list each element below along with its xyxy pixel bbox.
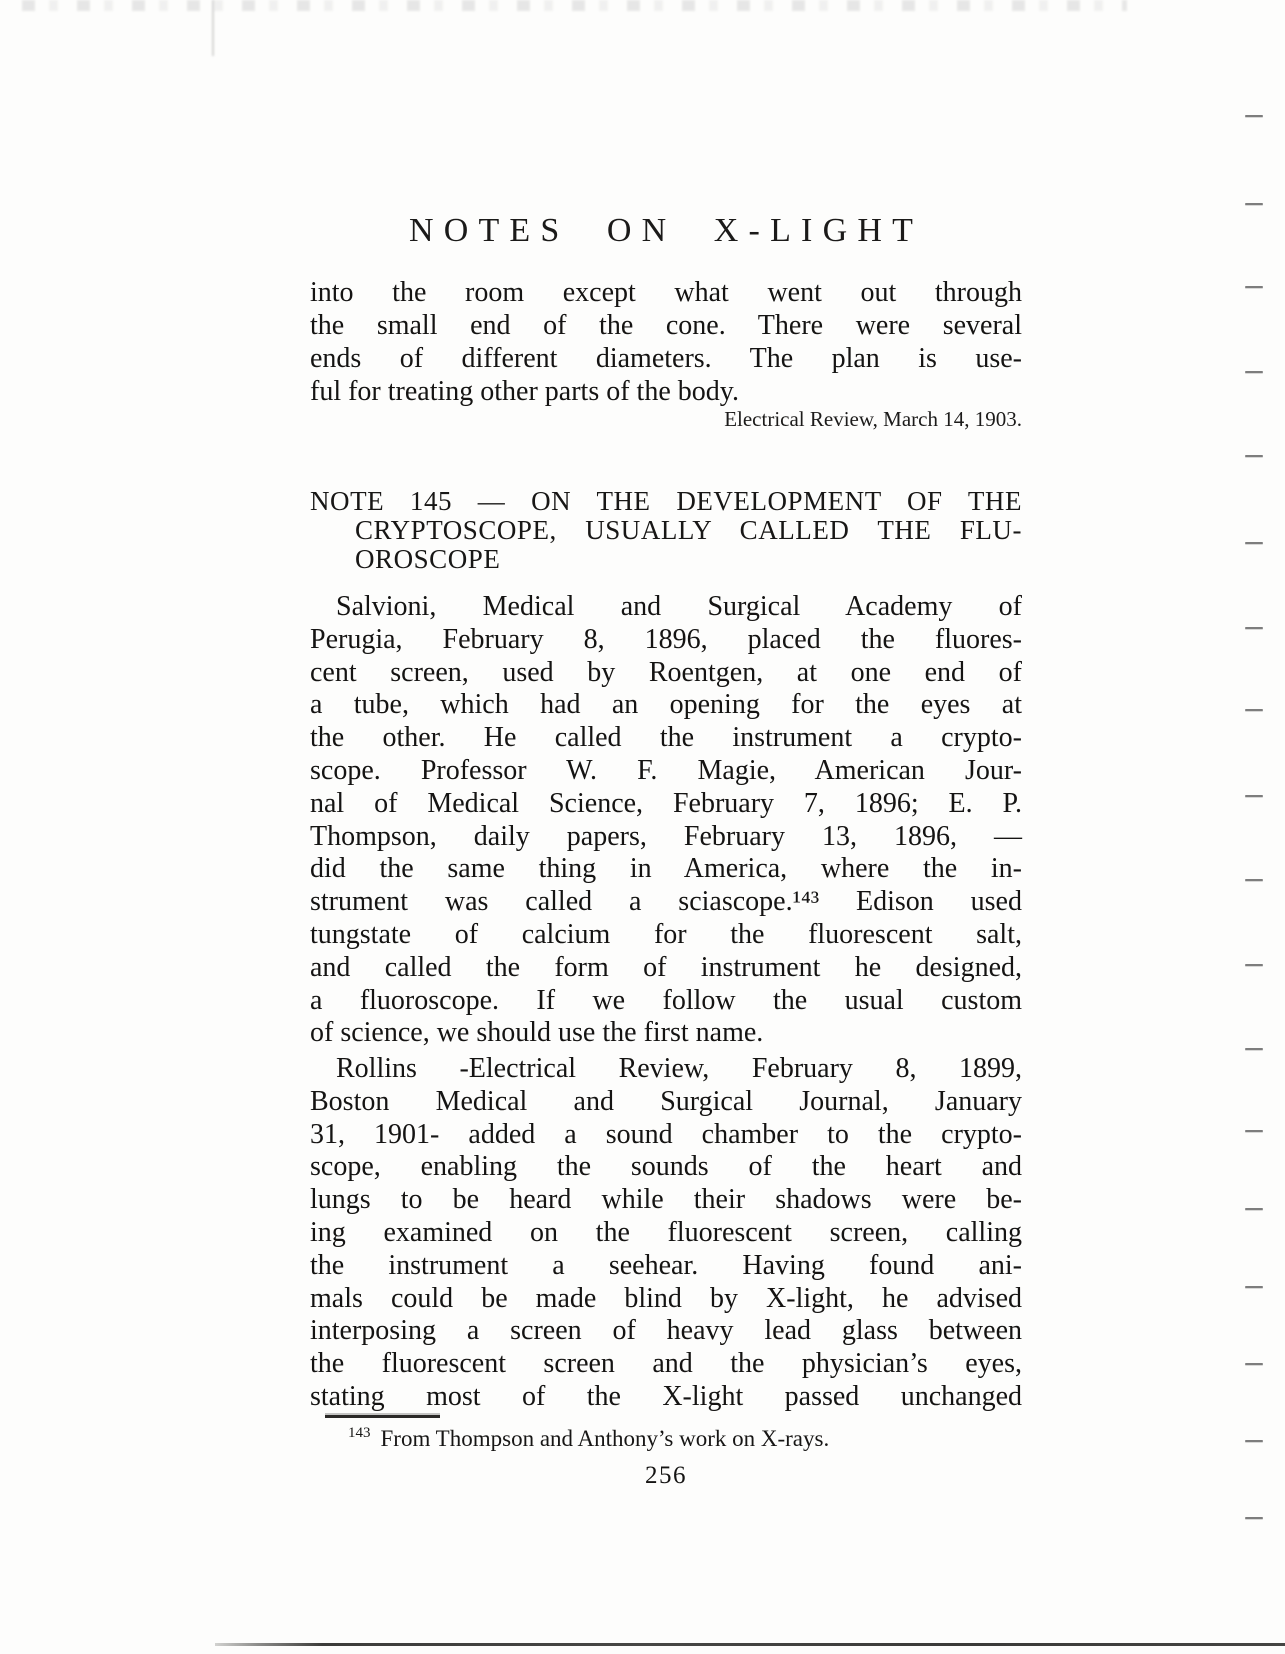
text-line: Thompson, daily papers, February 13, 189… xyxy=(310,821,1022,854)
text-line: ing examined on the fluorescent screen, … xyxy=(310,1217,1022,1250)
text-line: ful for treating other parts of the body… xyxy=(310,375,1022,408)
margin-dash-icon xyxy=(1245,1517,1263,1519)
margin-dash-icon xyxy=(1245,115,1263,117)
footnote-text: From Thompson and Anthony’s work on X-ra… xyxy=(381,1426,830,1451)
body-paragraph-2: Rollins -Electrical Review, February 8, … xyxy=(310,1053,1022,1414)
text-line: the instrument a seehear. Having found a… xyxy=(310,1250,1022,1283)
margin-dash-icon xyxy=(1245,286,1263,288)
text-line: Perugia, February 8, 1896, placed the fl… xyxy=(310,624,1022,657)
text-line: strument was called a sciascope.¹⁴³ Edis… xyxy=(310,886,1022,919)
text-line: tungstate of calcium for the fluorescent… xyxy=(310,919,1022,952)
text-line: cent screen, used by Roentgen, at one en… xyxy=(310,657,1022,690)
margin-dash-icon xyxy=(1245,1048,1263,1050)
text-line: 31, 1901- added a sound chamber to the c… xyxy=(310,1119,1022,1152)
text-line: NOTE 145 — ON THE DEVELOPMENT OF THE xyxy=(310,487,1022,516)
text-line: and called the form of instrument he des… xyxy=(310,952,1022,985)
page-number: 256 xyxy=(310,1462,1022,1490)
margin-dash-icon xyxy=(1245,1440,1263,1442)
text-line: interposing a screen of heavy lead glass… xyxy=(310,1315,1022,1348)
footnote: 143From Thompson and Anthony’s work on X… xyxy=(310,1426,1060,1452)
text-line: ends of different diameters. The plan is… xyxy=(310,342,1022,375)
margin-dash-icon xyxy=(1245,203,1263,205)
footnote-rule xyxy=(325,1415,440,1418)
note-heading: NOTE 145 — ON THE DEVELOPMENT OF THECRYP… xyxy=(310,487,1022,574)
margin-dash-icon xyxy=(1245,371,1263,373)
text-line: OROSCOPE xyxy=(310,545,1022,574)
margin-dash-icon xyxy=(1245,1208,1263,1210)
citation-attribution: Electrical Review, March 14, 1903. xyxy=(310,407,1022,432)
body-paragraph-1: Salvioni, Medical and Surgical Academy o… xyxy=(310,591,1022,1050)
margin-dash-icon xyxy=(1245,1130,1263,1132)
margin-dash-icon xyxy=(1245,1286,1263,1288)
text-line: Rollins -Electrical Review, February 8, … xyxy=(310,1053,1022,1086)
running-title: NOTES ON X-LIGHT xyxy=(310,212,1022,250)
text-line: the small end of the cone. There were se… xyxy=(310,309,1022,342)
text-line: Salvioni, Medical and Surgical Academy o… xyxy=(310,591,1022,624)
text-line: the other. He called the instrument a cr… xyxy=(310,722,1022,755)
text-line: the fluorescent screen and the physician… xyxy=(310,1348,1022,1381)
margin-dash-icon xyxy=(1245,542,1263,544)
margin-dash-icon xyxy=(1245,455,1263,457)
text-line: scope. Professor W. F. Magie, American J… xyxy=(310,755,1022,788)
text-line: Boston Medical and Surgical Journal, Jan… xyxy=(310,1086,1022,1119)
top-scan-mark xyxy=(212,0,214,56)
scanned-book-page: NOTES ON X-LIGHT into the room except wh… xyxy=(0,0,1285,1654)
text-line: scope, enabling the sounds of the heart … xyxy=(310,1151,1022,1184)
text-line: nal of Medical Science, February 7, 1896… xyxy=(310,788,1022,821)
text-line: CRYPTOSCOPE, USUALLY CALLED THE FLU- xyxy=(310,516,1022,545)
bottom-scan-line xyxy=(215,1643,1285,1646)
margin-dash-icon xyxy=(1245,964,1263,966)
margin-dash-icon xyxy=(1245,709,1263,711)
margin-dash-icon xyxy=(1245,879,1263,881)
top-edge-scan-smudge xyxy=(22,0,1127,11)
text-line: mals could be made blind by X-light, he … xyxy=(310,1283,1022,1316)
margin-dash-icon xyxy=(1245,627,1263,629)
text-line: did the same thing in America, where the… xyxy=(310,853,1022,886)
margin-dash-icon xyxy=(1245,1363,1263,1365)
text-line: a tube, which had an opening for the eye… xyxy=(310,689,1022,722)
margin-dash-icon xyxy=(1245,795,1263,797)
text-line: stating most of the X-light passed uncha… xyxy=(310,1381,1022,1414)
text-line: a fluoroscope. If we follow the usual cu… xyxy=(310,985,1022,1018)
text-line: lungs to be heard while their shadows we… xyxy=(310,1184,1022,1217)
footnote-marker: 143 xyxy=(348,1425,371,1441)
text-line: into the room except what went out throu… xyxy=(310,276,1022,309)
intro-paragraph: into the room except what went out throu… xyxy=(310,276,1022,408)
text-line: of science, we should use the first name… xyxy=(310,1017,1022,1050)
